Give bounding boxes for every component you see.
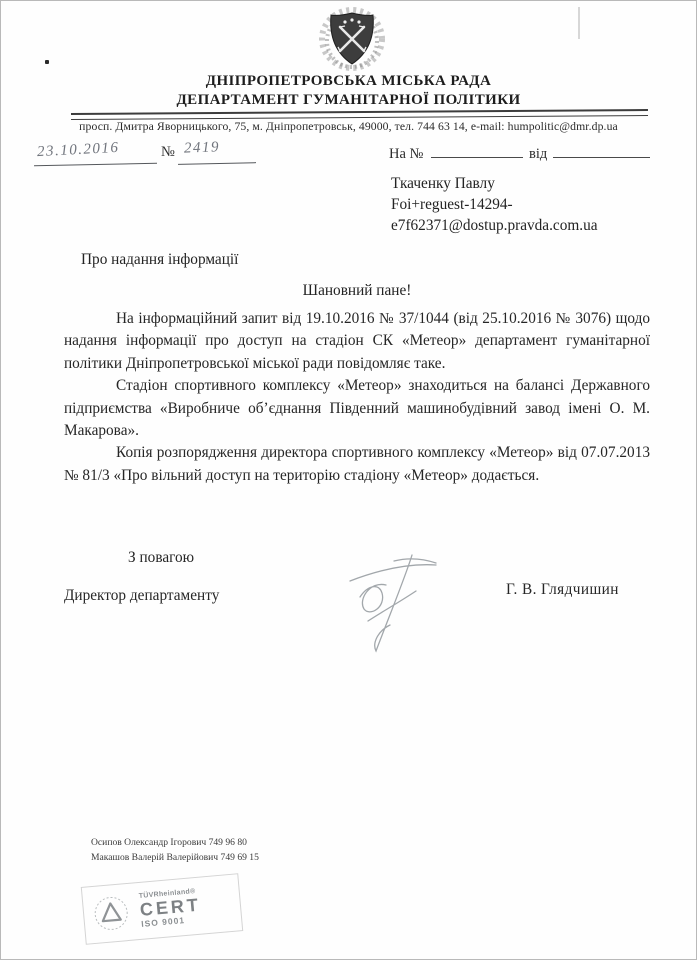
tuv-logo-icon [86,889,136,939]
vid-label: від [529,146,547,162]
executor-contacts: Осипов Олександр Ігорович 749 96 80 Мака… [91,836,259,865]
org-name-block: ДНІПРОПЕТРОВСЬКА МІСЬКА РАДА ДЕПАРТАМЕНТ… [1,72,696,110]
signature-icon [324,551,459,659]
paragraph-2: Стадіон спортивного комплексу «Метеор» з… [64,375,650,442]
vid-date-blank [553,143,650,158]
recipient-email-line2: e7f62371@dostup.pravda.com.ua [391,215,598,236]
incoming-reference-row: На № від [389,143,650,163]
executor-contact-2: Макашов Валерій Валерійович 749 69 15 [91,851,259,866]
recipient-name: Ткаченку Павлу [391,173,598,194]
org-address-line: просп. Дмитра Яворницького, 75, м. Дніпр… [1,120,696,133]
na-number-label: На № [389,146,423,162]
recipient-block: Ткаченку Павлу Foi+reguest-14294- e7f623… [391,173,598,236]
salutation: Шановний пане! [64,282,650,300]
signer-name: Г. В. Глядчишин [506,581,619,599]
outgoing-number-label: № [161,144,175,161]
coat-of-arms-icon [315,5,389,71]
signer-title: Директор департаменту [64,587,219,605]
scan-artifact-line [578,7,580,39]
na-number-blank [431,143,523,158]
letter-body: На інформаційний запит від 19.10.2016 № … [64,308,650,487]
subject-line: Про надання інформації [81,251,238,269]
scanned-letter-page: ДНІПРОПЕТРОВСЬКА МІСЬКА РАДА ДЕПАРТАМЕНТ… [0,0,697,960]
closing-phrase: З повагою [128,549,194,567]
executor-contact-1: Осипов Олександр Ігорович 749 96 80 [91,836,259,851]
date-underline [34,162,157,167]
org-name-line1: ДНІПРОПЕТРОВСЬКА МІСЬКА РАДА [1,72,696,91]
handwritten-outgoing-number: 2419 [184,139,221,157]
org-name-line2: ДЕПАРТАМЕНТ ГУМАНІТАРНОЇ ПОЛІТИКИ [1,91,696,110]
header-double-rule [71,109,648,120]
paragraph-1: На інформаційний запит від 19.10.2016 № … [64,308,650,375]
stamp-text-block: TÜVRheinland® CERT ISO 9001 [139,888,203,928]
number-underline [178,161,256,165]
handwritten-date: 23.10.2016 [37,140,120,161]
iso-certification-stamp: TÜVRheinland® CERT ISO 9001 [81,873,243,945]
paragraph-3: Копія розпорядження директора спортивног… [64,442,650,487]
scan-artifact-dot [45,60,49,64]
recipient-email-line1: Foi+reguest-14294- [391,194,598,215]
